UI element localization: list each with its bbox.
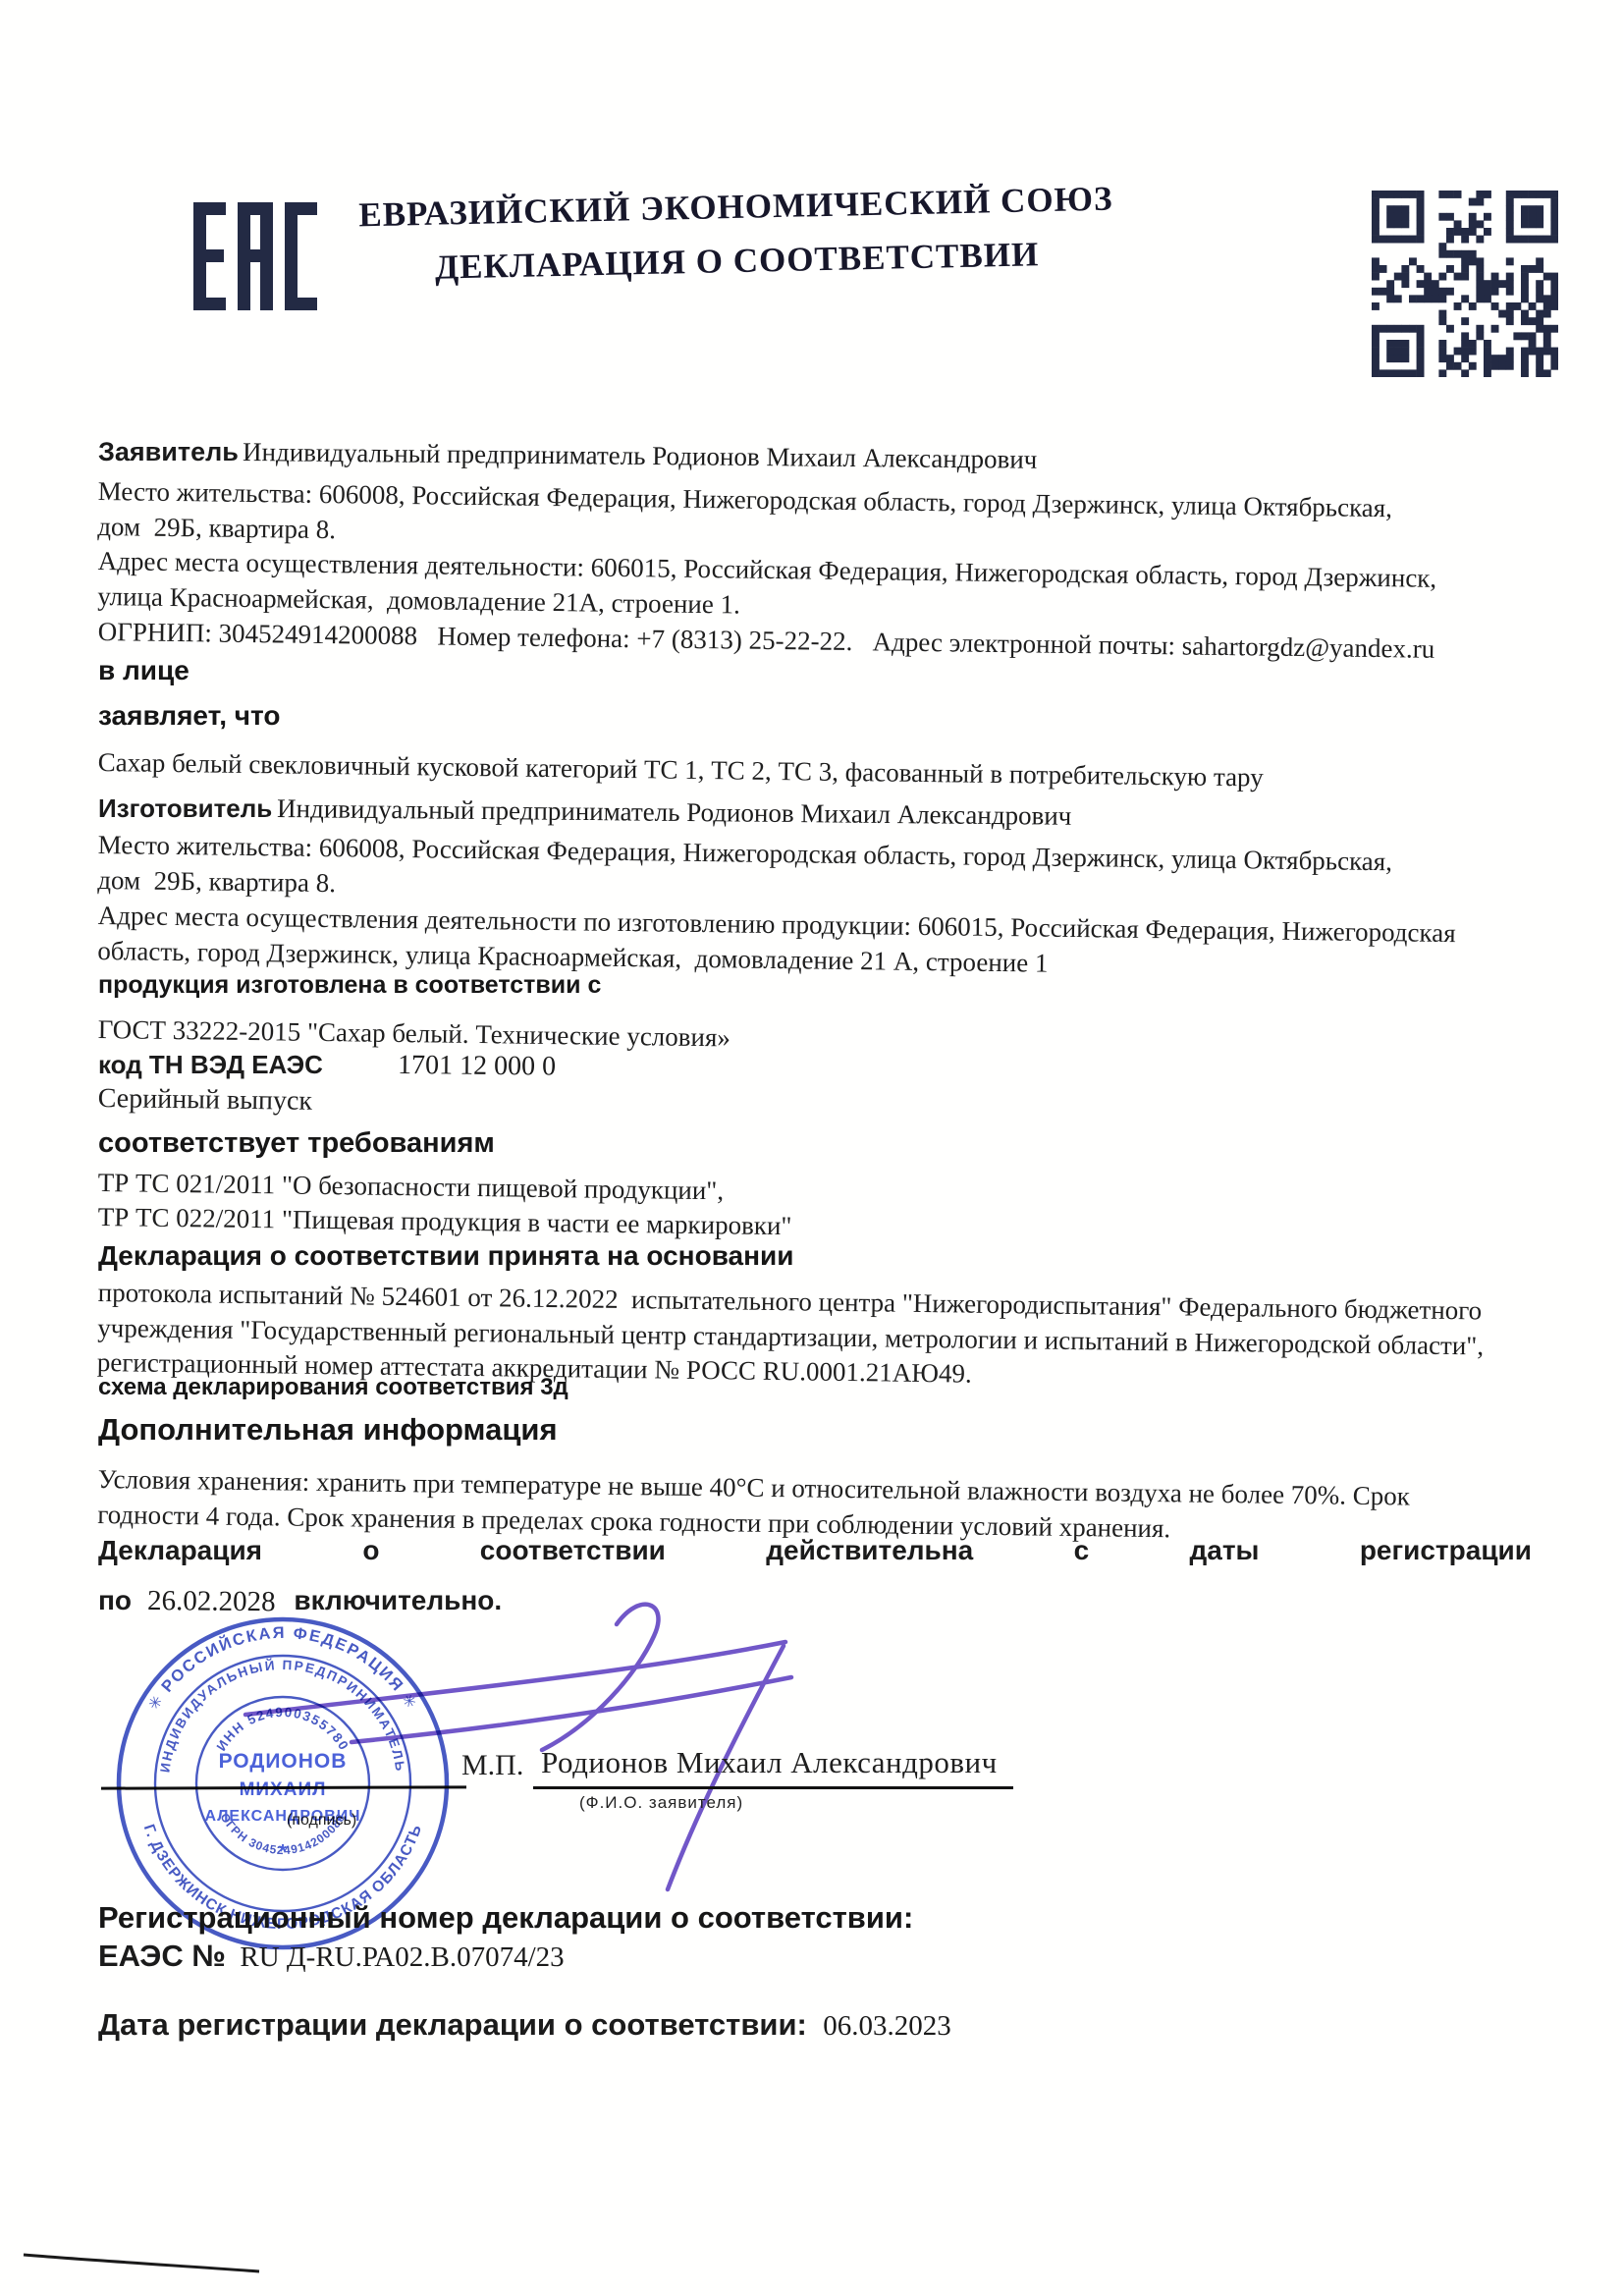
validity-word: даты [1190,1535,1260,1566]
registration-number-line: ЕАЭС № RU Д-RU.РА02.В.07074/23 [98,1939,1532,1974]
fio-caption: (Ф.И.О. заявителя) [579,1793,743,1813]
registration-number-value: RU Д-RU.РА02.В.07074/23 [240,1941,564,1973]
registration-number-label: Регистрационный номер декларации о соотв… [98,1900,1532,1936]
stamp-place-label: М.П. [461,1749,523,1782]
basis-label: Декларация о соответствии принята на осн… [98,1240,1532,1272]
declares-label: заявляет, что [98,700,1532,732]
validity-word: Декларация [98,1535,262,1566]
validity-word: о [362,1535,379,1566]
tnved-label: код ТН ВЭД ЕАЭС [98,1050,323,1079]
applicant-name: Индивидуальный предприниматель Родионов … [243,435,1038,477]
document-title: ЕВРАЗИЙСКИЙ ЭКОНОМИЧЕСКИЙ СОЮЗ ДЕКЛАРАЦИ… [294,170,1179,298]
applicant-line: Заявитель Индивидуальный предприниматель… [98,435,1532,470]
declaration-document: ЕВРАЗИЙСКИЙ ЭКОНОМИЧЕСКИЙ СОЮЗ ДЕКЛАРАЦИ… [0,0,1623,2296]
applicant-label: Заявитель [98,437,239,466]
applicant-signature-name: Родионов Михаил Александрович [533,1745,1013,1789]
registration-date-value: 06.03.2023 [823,2010,951,2042]
validity-word: регистрации [1360,1535,1532,1566]
qr-code [1372,191,1558,382]
validity-word: соответствии [480,1535,666,1566]
declaration-scheme: схема декларирования соответствия 3д [98,1374,1532,1401]
registration-date-label: Дата регистрации декларации о соответств… [98,2007,807,2042]
validity-word: действительна [766,1535,973,1566]
manufacturer-line: Изготовитель Индивидуальный предпринимат… [98,792,1532,827]
additional-info-label: Дополнительная информация [98,1412,1532,1448]
manufacturer-name: Индивидуальный предприниматель Родионов … [277,792,1072,834]
manufacturer-label: Изготовитель [98,793,272,823]
compliance-label: соответствует требованиям [98,1127,1532,1160]
qr-code-image [1372,191,1558,377]
scan-artifact-line [16,2245,271,2289]
validity-justified-line: Декларация о соответствии действительна … [98,1535,1532,1566]
in-person-label: в лице [98,655,1532,686]
tnved-code: 1701 12 000 0 [398,1050,556,1083]
registration-number-prefix: ЕАЭС № [98,1939,226,1973]
tnved-line: код ТН ВЭД ЕАЭС 1701 12 000 0 [98,1050,1532,1081]
registration-date-line: Дата регистрации декларации о соответств… [98,2007,1532,2043]
validity-word: с [1074,1535,1090,1566]
accordance-label: продукция изготовлена в соответствии с [98,971,1532,1000]
